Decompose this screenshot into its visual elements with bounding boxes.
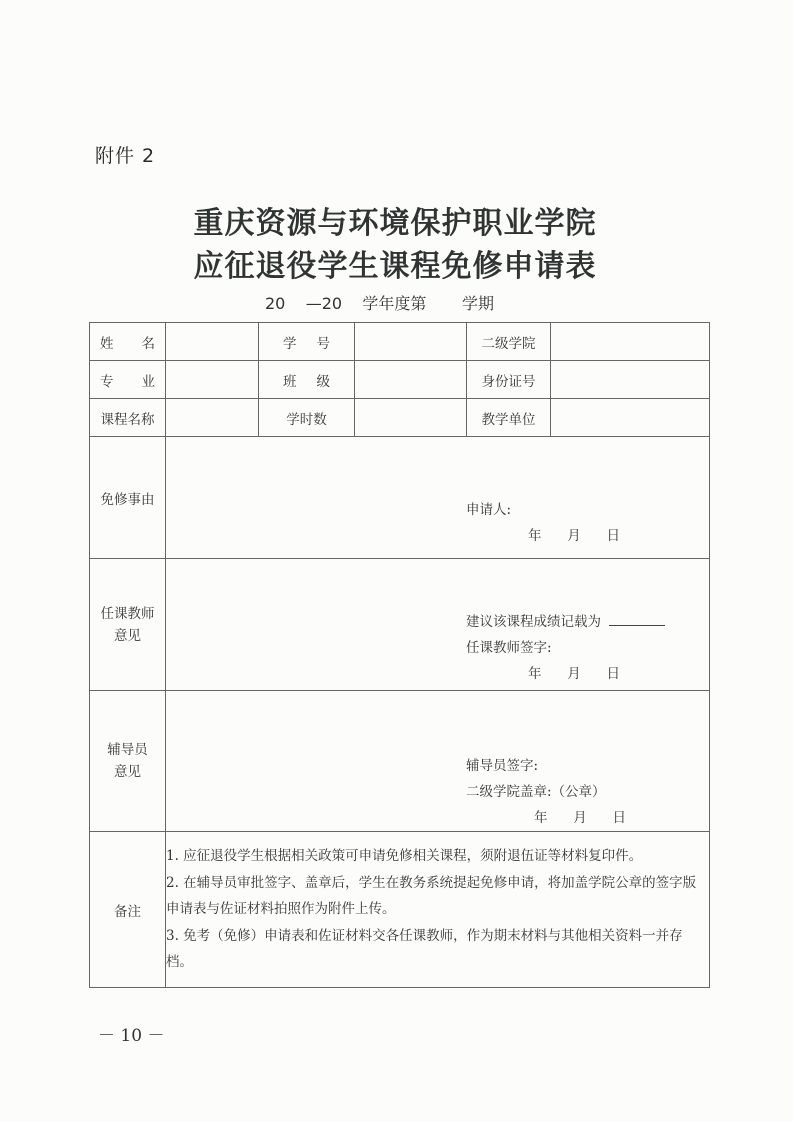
table-row-notes: 备注 1. 应征退役学生根据相关政策可申请免修相关课程，须附退伍证等材料复印件。…: [90, 832, 710, 988]
date-line: 年 月 日: [466, 661, 665, 687]
label-char: 专: [100, 370, 114, 390]
note-item: 1. 应征退役学生根据相关政策可申请免修相关课程，须附退伍证等材料复印件。: [166, 843, 709, 870]
major-label: 专业: [90, 361, 166, 399]
name-label: 姓名: [90, 323, 166, 361]
counselor-signature-label: 辅导员签字:: [466, 753, 626, 779]
class-label: 班级: [259, 361, 355, 399]
teaching-unit-field[interactable]: [551, 399, 710, 437]
table-row-teacher-opinion: 任课教师 意见 建议该课程成绩记载为 任课教师签字: 年 月 日: [90, 559, 710, 691]
id-card-label: 身份证号: [467, 361, 551, 399]
teacher-opinion-label: 任课教师 意见: [90, 559, 166, 691]
institution-title: 重庆资源与环境保护职业学院: [105, 198, 685, 242]
counselor-opinion-label: 辅导员 意见: [90, 691, 166, 832]
major-field[interactable]: [166, 361, 259, 399]
label-line: 任课教师: [90, 603, 165, 625]
notes-label: 备注: [90, 832, 166, 988]
application-form-table: 姓名 学号 二级学院 专业 班级 身份证号 课程名称 学时数 教学单位 免修事由…: [89, 322, 710, 988]
label-char: 学: [283, 332, 297, 352]
table-row: 专业 班级 身份证号: [90, 361, 710, 399]
course-name-label: 课程名称: [90, 399, 166, 437]
term-line: 20 —20 学年度第 学期: [265, 291, 494, 314]
label-char: 名: [142, 332, 156, 352]
teacher-signature-label: 任课教师签字:: [466, 635, 665, 661]
form-title: 应征退役学生课程免修申请表: [105, 241, 685, 285]
teacher-opinion-field[interactable]: 建议该课程成绩记载为 任课教师签字: 年 月 日: [166, 559, 710, 691]
table-row: 姓名 学号 二级学院: [90, 323, 710, 361]
notes-content: 1. 应征退役学生根据相关政策可申请免修相关课程，须附退伍证等材料复印件。 2.…: [166, 832, 710, 988]
applicant-block: 申请人: 年 月 日: [466, 497, 620, 549]
grade-suggestion-label: 建议该课程成绩记载为: [466, 614, 601, 630]
reason-label: 免修事由: [90, 437, 166, 559]
class-field[interactable]: [355, 361, 467, 399]
date-line: 年 月 日: [466, 805, 626, 831]
teacher-sign-block: 建议该课程成绩记载为 任课教师签字: 年 月 日: [466, 609, 665, 687]
course-name-field[interactable]: [166, 399, 259, 437]
name-field[interactable]: [166, 323, 259, 361]
college-field[interactable]: [551, 323, 710, 361]
label-char: 号: [317, 332, 331, 352]
label-char: 级: [317, 370, 331, 390]
date-line: 年 月 日: [466, 523, 620, 549]
reason-field[interactable]: 申请人: 年 月 日: [166, 437, 710, 559]
college-label: 二级学院: [467, 323, 551, 361]
note-item: 3. 免考（免修）申请表和佐证材料交各任课教师，作为期末材料与其他相关资料一并存…: [166, 923, 709, 976]
class-hours-label: 学时数: [259, 399, 355, 437]
label-char: 业: [142, 370, 156, 390]
attachment-label: 附件 2: [95, 141, 155, 168]
applicant-label: 申请人:: [466, 497, 620, 523]
college-stamp-label: 二级学院盖章:（公章）: [466, 779, 626, 805]
id-card-field[interactable]: [551, 361, 710, 399]
table-row-counselor-opinion: 辅导员 意见 辅导员签字: 二级学院盖章:（公章） 年 月 日: [90, 691, 710, 832]
page-number: － 10 －: [98, 1021, 164, 1046]
label-line: 意见: [90, 761, 165, 783]
counselor-sign-block: 辅导员签字: 二级学院盖章:（公章） 年 月 日: [466, 753, 626, 831]
note-item: 2. 在辅导员审批签字、盖章后，学生在教务系统提起免修申请，将加盖学院公章的签字…: [166, 870, 709, 923]
label-char: 班: [283, 370, 297, 390]
grade-blank-field[interactable]: [609, 611, 665, 626]
label-line: 辅导员: [90, 739, 165, 761]
table-row: 课程名称 学时数 教学单位: [90, 399, 710, 437]
class-hours-field[interactable]: [355, 399, 467, 437]
label-char: 姓: [100, 332, 114, 352]
counselor-opinion-field[interactable]: 辅导员签字: 二级学院盖章:（公章） 年 月 日: [166, 691, 710, 832]
student-id-label: 学号: [259, 323, 355, 361]
student-id-field[interactable]: [355, 323, 467, 361]
teaching-unit-label: 教学单位: [467, 399, 551, 437]
table-row-reason: 免修事由 申请人: 年 月 日: [90, 437, 710, 559]
label-line: 意见: [90, 625, 165, 647]
